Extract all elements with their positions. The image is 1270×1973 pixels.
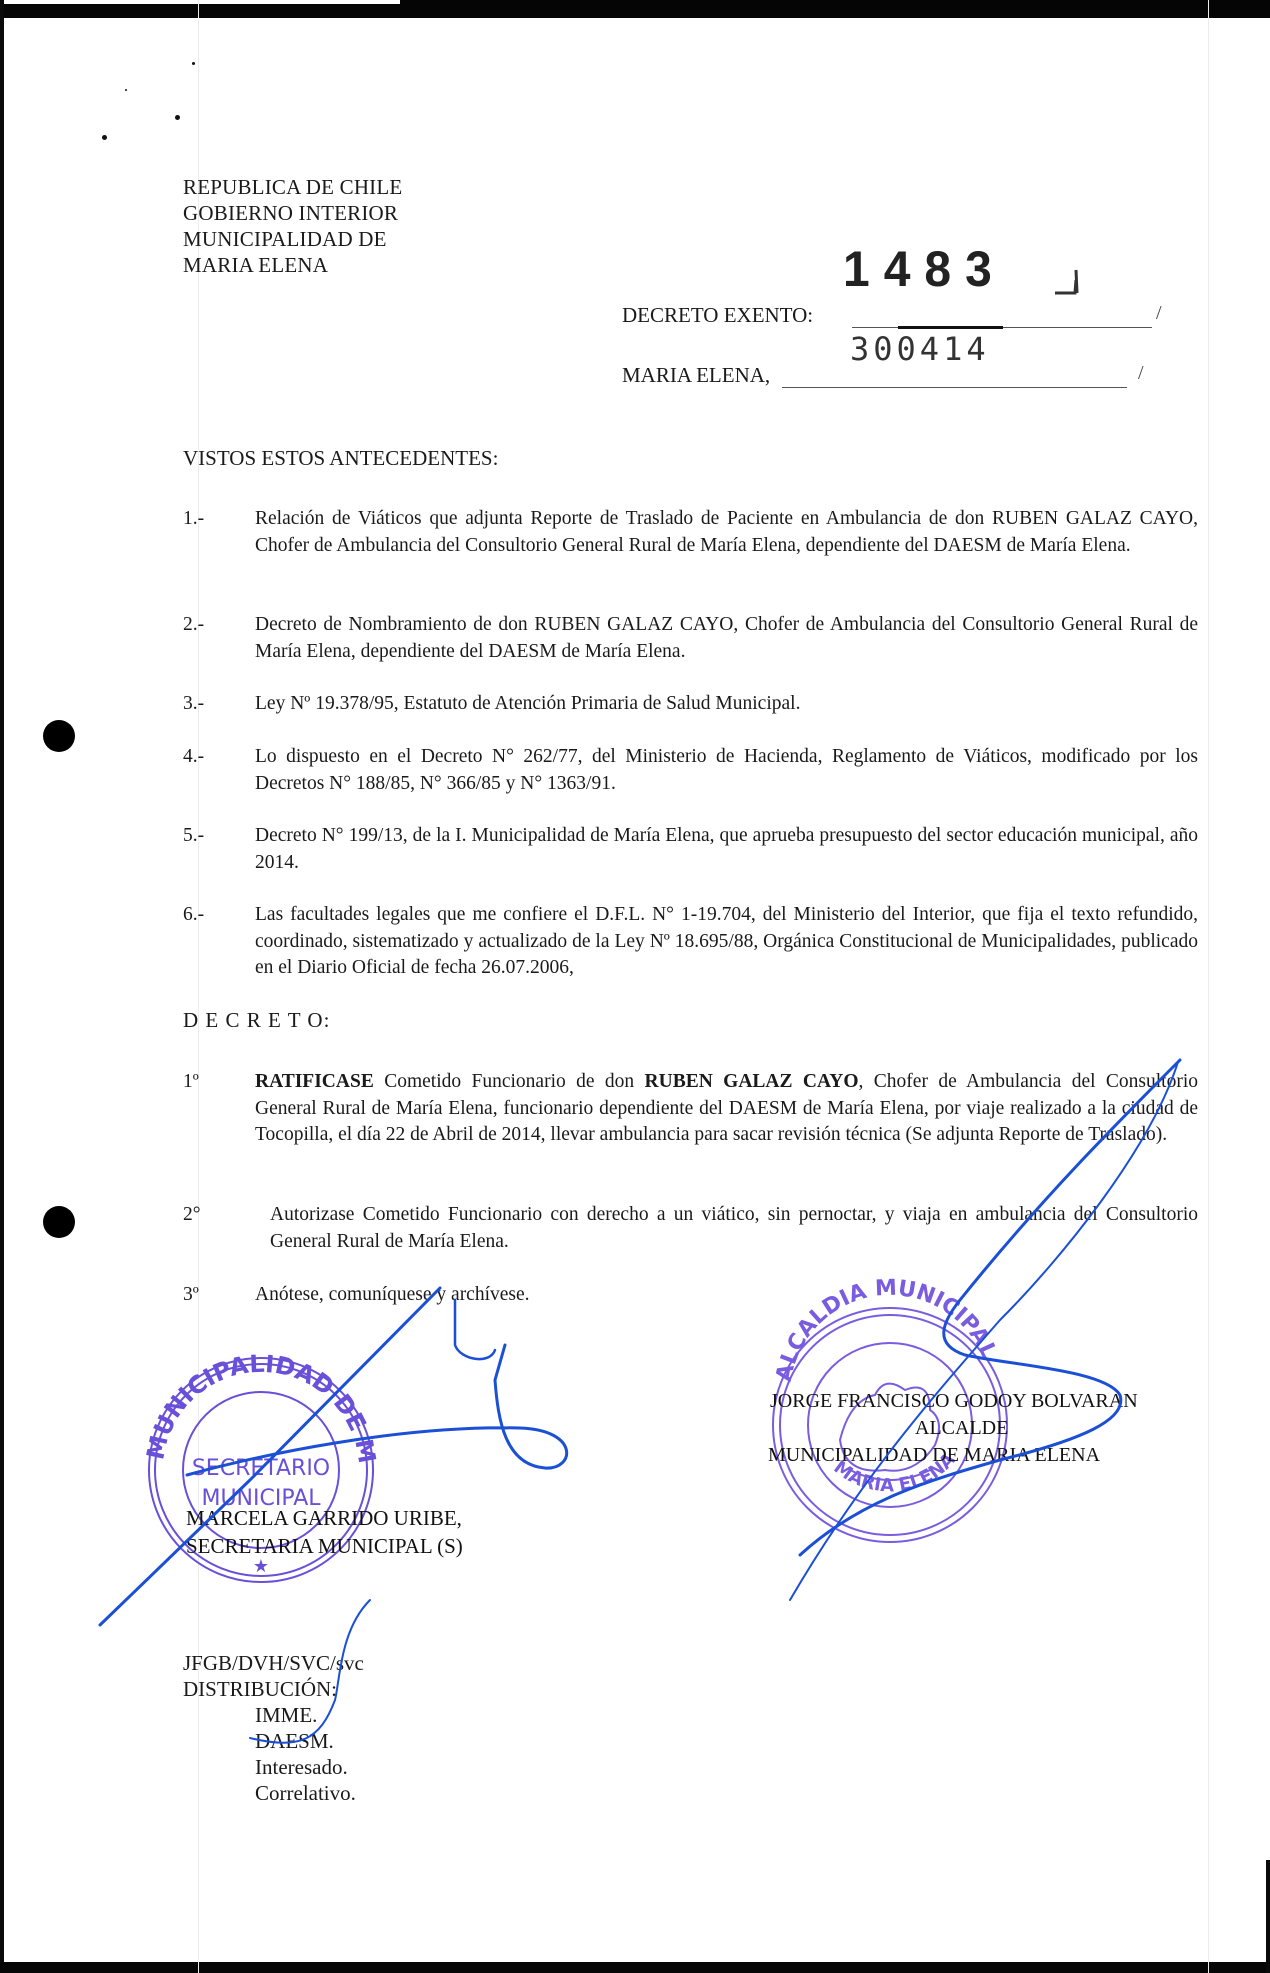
signature-initials-ink (250, 1600, 370, 1743)
signatures-ink-layer (0, 0, 1270, 1973)
signature-mayor-ink (800, 1060, 1180, 1555)
signature-secretary-ink (187, 1345, 567, 1475)
signature-secretary-ink (455, 1300, 495, 1359)
